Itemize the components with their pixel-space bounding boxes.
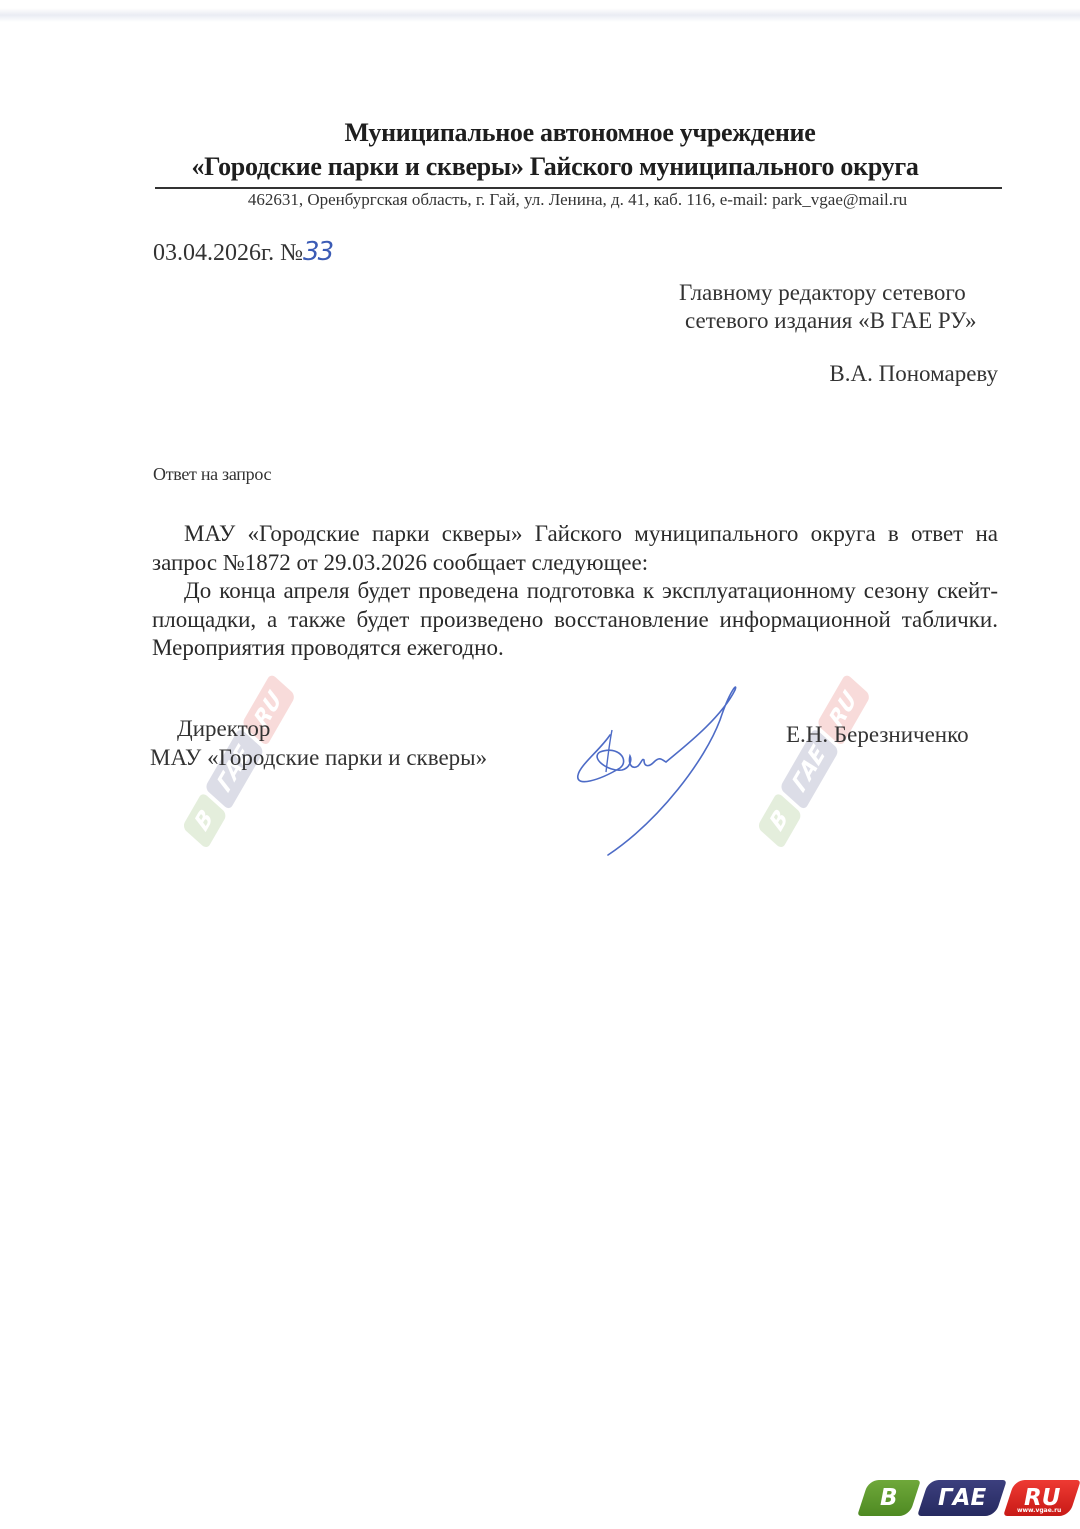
- letter-subject: Ответ на запрос: [153, 464, 271, 485]
- handwritten-document-number: 33: [303, 237, 332, 267]
- body-paragraph: МАУ «Городские парки скверы» Гайского му…: [152, 520, 998, 577]
- document-date: 03.04.2026г. №: [153, 240, 303, 266]
- watermark-logo: В ГАЕ RU: [755, 676, 872, 846]
- logo-segment-v: В: [857, 1480, 921, 1516]
- body-paragraph: До конца апреля будет проведена подготов…: [152, 577, 998, 663]
- recipient-line2: сетевого издания «В ГАЕ РУ»: [685, 308, 976, 334]
- recipient-name: В.А. Пономареву: [829, 361, 998, 387]
- signatory-organization: МАУ «Городские парки и скверы»: [150, 745, 487, 771]
- letterhead-divider: [155, 187, 1002, 189]
- org-name-line2: «Городские парки и скверы» Гайского муни…: [0, 152, 1080, 182]
- org-address: 462631, Оренбургская область, г. Гай, ул…: [0, 190, 1080, 210]
- signer-name: Е.Н. Березниченко: [786, 722, 969, 748]
- document-date-number: 03.04.2026г. №33: [153, 237, 332, 267]
- letter-body: МАУ «Городские парки скверы» Гайского му…: [152, 520, 998, 663]
- recipient-line1: Главному редактору сетевого: [679, 280, 966, 306]
- scan-edge-artifact: [0, 8, 1080, 22]
- logo-url: www.vgae.ru: [1017, 1507, 1061, 1514]
- site-logo: В ГАЕ RUwww.vgae.ru: [863, 1480, 1075, 1516]
- handwritten-signature: [570, 680, 750, 860]
- logo-segment-ru: RUwww.vgae.ru: [1003, 1480, 1080, 1516]
- logo-segment-gae: ГАЕ: [917, 1480, 1007, 1516]
- signatory-title: Директор: [177, 716, 270, 742]
- org-name-line1: Муниципальное автономное учреждение: [0, 118, 1080, 148]
